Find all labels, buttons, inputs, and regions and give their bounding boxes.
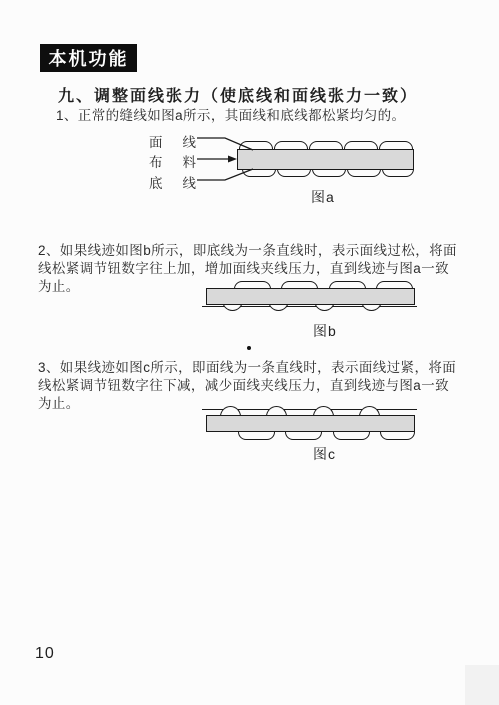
scan-shadow <box>465 665 499 705</box>
fabric-bar-c <box>206 415 415 432</box>
stray-dot <box>247 346 251 350</box>
diagram-a-caption: 图a <box>311 187 335 207</box>
section-title: 九、调整面线张力（使底线和面线张力一致） <box>58 83 418 106</box>
step1-text: 1、正常的缝线如图a所示，其面线和底线都松紧均匀的。 <box>56 104 405 124</box>
bottom-thread-leader-line <box>197 169 253 180</box>
leader-lines <box>140 125 260 195</box>
top-thread-leader-line <box>197 138 253 150</box>
step2-text-line1: 2、如果线迹如图b所示，即底线为一条直线时，表示面线过松，将面 <box>38 239 457 259</box>
step2-text-line2: 线松紧调节钮数字往上加，增加面线夹线压力，直到线迹与图a一致 <box>38 257 449 277</box>
page-number: 10 <box>35 645 55 663</box>
section-header-badge: 本机功能 <box>40 44 137 72</box>
diagram-c-caption: 图c <box>313 444 336 464</box>
step2-text-line3: 为止。 <box>38 275 80 295</box>
step3-text-line2: 线松紧调节钮数字往下减，减少面线夹线压力，直到线迹与图a一致 <box>38 374 449 394</box>
diagram-b-caption: 图b <box>313 321 337 341</box>
step3-text-line3: 为止。 <box>38 392 80 412</box>
step3-text-line1: 3、如果线迹如图c所示，即面线为一条直线时，表示面线过紧，将面 <box>38 356 456 376</box>
fabric-bar-b <box>206 288 415 305</box>
fabric-arrowhead-icon <box>228 156 237 163</box>
manual-page: 本机功能 九、调整面线张力（使底线和面线张力一致） 1、正常的缝线如图a所示，其… <box>0 0 499 705</box>
fabric-bar-a <box>237 149 414 170</box>
